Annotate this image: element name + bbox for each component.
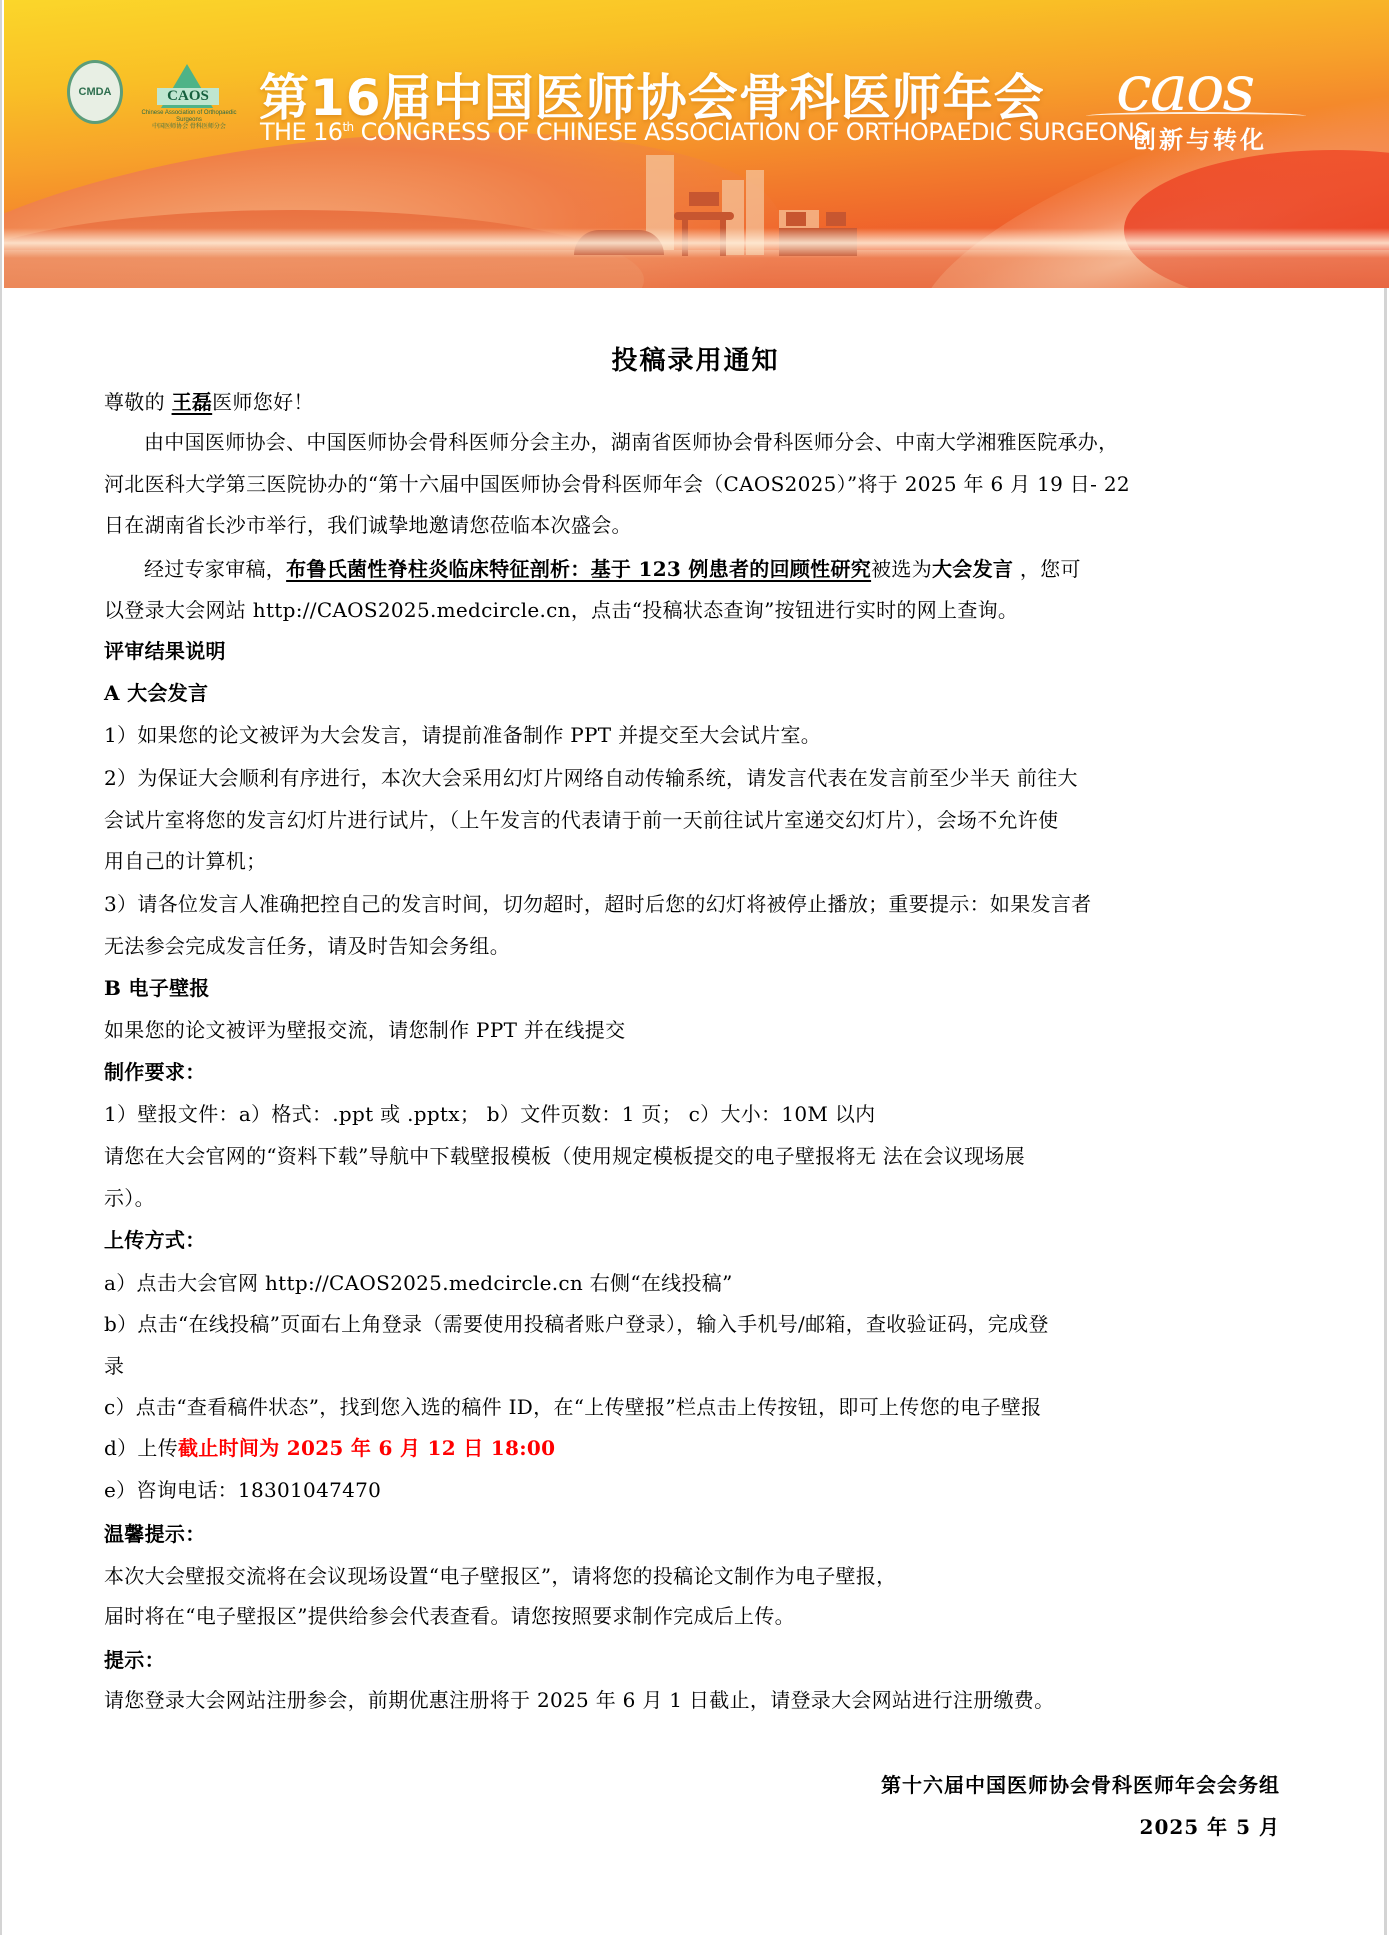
congress-banner: CMDA CAOS Chinese Association of Orthopa… bbox=[4, 0, 1389, 288]
section-a-line: 3）请各位发言人准确把控自己的发言时间，切勿超时，超时后您的幻灯将被停止播放；重… bbox=[104, 892, 1091, 916]
recipient-name: 王磊 bbox=[172, 390, 213, 414]
requirement-line: 请您在大会官网的“资料下载”导航中下载壁报模板（使用规定模板提交的电子壁报将无 … bbox=[104, 1144, 1025, 1168]
requirement-line: 1）壁报文件：a）格式：.ppt 或 .pptx； b）文件页数：1 页； c）… bbox=[104, 1102, 875, 1126]
banner-title-en-sup: th bbox=[342, 120, 353, 134]
tips-line: 本次大会壁报交流将在会议现场设置“电子壁报区”，请将您的投稿论文制作为电子壁报， bbox=[104, 1564, 896, 1588]
review-suffix: ，您可 bbox=[1013, 557, 1081, 581]
caos-logo-sub-en: Chinese Association of Orthopaedic Surge… bbox=[139, 110, 239, 124]
cmda-logo-text: CMDA bbox=[79, 86, 112, 98]
review-result-type: 大会发言 bbox=[932, 557, 1013, 581]
tips-line: 届时将在“电子壁报区”提供给参会代表查看。请您按照要求制作完成后上传。 bbox=[104, 1604, 795, 1628]
signature-date: 2025 年 5 月 bbox=[1140, 1815, 1280, 1839]
section-a-line: 用自己的计算机； bbox=[104, 849, 266, 873]
contact-phone: e）咨询电话：18301047470 bbox=[104, 1478, 381, 1502]
upload-step: c）点击“查看稿件状态”，找到您入选的稿件 ID，在“上传壁报”栏点击上传按钮，… bbox=[104, 1395, 1041, 1419]
deadline-prefix: d）上传 bbox=[104, 1436, 178, 1460]
caos-logo-text: CAOS bbox=[157, 88, 219, 105]
caos-association-logo: CAOS Chinese Association of Orthopaedic … bbox=[139, 58, 239, 124]
banner-title-en-prefix: THE 16 bbox=[260, 118, 342, 146]
cmda-logo: CMDA bbox=[67, 60, 123, 124]
caos-logo-sub-cn: 中国医师协会 骨科医师分会 bbox=[139, 124, 239, 131]
banner-light-streak bbox=[4, 228, 1389, 258]
greeting-suffix: 医师您好！ bbox=[212, 390, 314, 414]
review-mid: 被选为 bbox=[871, 557, 932, 581]
review-prefix: 经过专家审稿， bbox=[144, 557, 286, 581]
notice-heading: 提示： bbox=[104, 1648, 165, 1672]
upload-heading: 上传方式： bbox=[104, 1228, 206, 1252]
upload-step: 录 bbox=[104, 1354, 124, 1378]
section-a-line: 会试片室将您的发言幻灯片进行试片，（上午发言的代表请于前一天前往试片室递交幻灯片… bbox=[104, 808, 1058, 832]
caos-slogan: 创新与转化 bbox=[1132, 120, 1267, 155]
requirements-heading: 制作要求： bbox=[104, 1060, 206, 1084]
intro-line: 由中国医师协会、中国医师协会骨科医师分会主办，湖南省医师协会骨科医师分会、中南大… bbox=[144, 430, 1118, 454]
review-result: 经过专家审稿，布鲁氏菌性脊柱炎临床特征剖析：基于 123 例患者的回顾性研究被选… bbox=[144, 557, 1081, 581]
document-page: CMDA CAOS Chinese Association of Orthopa… bbox=[0, 0, 1387, 1935]
upload-step: a）点击大会官网 http://CAOS2025.medcircle.cn 右侧… bbox=[104, 1271, 733, 1295]
greeting: 尊敬的 王磊医师您好！ bbox=[104, 390, 314, 414]
banner-title-en-suffix: CONGRESS OF CHINESE ASSOCIATION OF ORTHO… bbox=[354, 118, 1149, 146]
section-a-line: 2）为保证大会顺利有序进行，本次大会采用幻灯片网络自动传输系统，请发言代表在发言… bbox=[104, 766, 1078, 790]
greeting-prefix: 尊敬的 bbox=[104, 390, 172, 414]
requirement-line: 示）。 bbox=[104, 1186, 155, 1210]
section-heading-results: 评审结果说明 bbox=[104, 639, 226, 663]
deadline-text: 截止时间为 2025 年 6 月 12 日 18:00 bbox=[178, 1436, 555, 1460]
section-a-line: 1）如果您的论文被评为大会发言，请提前准备制作 PPT 并提交至大会试片室。 bbox=[104, 723, 821, 747]
intro-line: 日在湖南省长沙市举行，我们诚挚地邀请您莅临本次盛会。 bbox=[104, 513, 632, 537]
section-b-intro: 如果您的论文被评为壁报交流，请您制作 PPT 并在线提交 bbox=[104, 1018, 625, 1042]
upload-deadline: d）上传截止时间为 2025 年 6 月 12 日 18:00 bbox=[104, 1436, 555, 1460]
section-a-line: 无法参会完成发言任务，请及时告知会务组。 bbox=[104, 934, 510, 958]
banner-title-en: THE 16th CONGRESS OF CHINESE ASSOCIATION… bbox=[260, 118, 1149, 146]
upload-step: b）点击“在线投稿”页面右上角登录（需要使用投稿者账户登录），输入手机号/邮箱，… bbox=[104, 1312, 1049, 1336]
swoosh-icon bbox=[1086, 112, 1306, 120]
section-a-heading: A 大会发言 bbox=[104, 681, 208, 705]
section-b-heading: B 电子壁报 bbox=[104, 976, 210, 1000]
caos-logo-subtitle: Chinese Association of Orthopaedic Surge… bbox=[139, 110, 239, 131]
notice-text: 请您登录大会网站注册参会，前期优惠注册将于 2025 年 6 月 1 日截止，请… bbox=[104, 1688, 1054, 1712]
signature-org: 第十六届中国医师协会骨科医师年会会务组 bbox=[881, 1773, 1280, 1797]
tips-heading: 温馨提示： bbox=[104, 1522, 206, 1546]
review-line-2: 以登录大会网站 http://CAOS2025.medcircle.cn，点击“… bbox=[104, 598, 1018, 622]
paper-title: 布鲁氏菌性脊柱炎临床特征剖析：基于 123 例患者的回顾性研究 bbox=[286, 557, 871, 581]
intro-line: 河北医科大学第三医院协办的“第十六届中国医师协会骨科医师年会（CAOS2025）… bbox=[104, 472, 1130, 496]
page-title: 投稿录用通知 bbox=[2, 340, 1389, 377]
